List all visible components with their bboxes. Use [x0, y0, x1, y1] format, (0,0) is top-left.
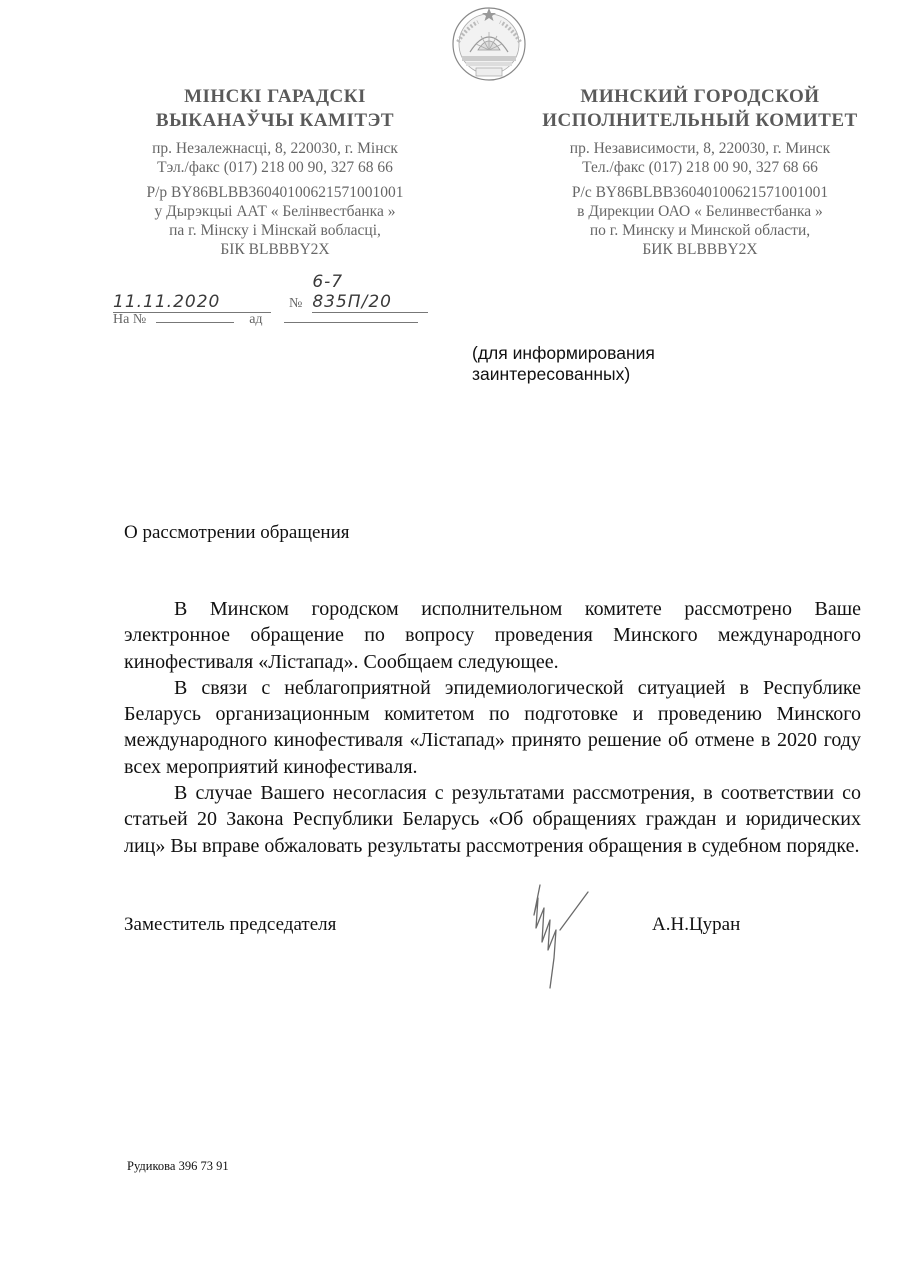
- org-phone: Тел./факс (017) 218 00 90, 327 68 66: [520, 158, 880, 177]
- body-paragraph: В случае Вашего несогласия с результатам…: [124, 780, 861, 859]
- org-phone: Тэл./факс (017) 218 00 90, 327 68 66: [100, 158, 450, 177]
- executor-contact: Рудикова 396 73 91: [127, 1159, 229, 1174]
- registration-number: 6-7 835П/20: [312, 272, 428, 313]
- org-account: Р/р BY86BLBB36040100621571001001: [100, 183, 450, 202]
- letter-body: В Минском городском исполнительном комит…: [124, 596, 861, 859]
- org-bank-line1: в Дирекции ОАО « Белинвестбанка »: [520, 202, 880, 221]
- body-paragraph: В связи с неблагоприятной эпидемиологиче…: [124, 675, 861, 780]
- reference-date: [284, 322, 418, 323]
- reference-label: На №: [113, 312, 146, 327]
- org-bank-line2: па г. Мінску і Мінскай вобласці,: [100, 221, 450, 240]
- org-bank-line2: по г. Минску и Минской области,: [520, 221, 880, 240]
- addressee-line2: заинтересованных): [472, 364, 655, 385]
- org-bank-line1: у Дырэкцыі ААТ « Белінвестбанка »: [100, 202, 450, 221]
- letterhead-belarusian: МІНСКІ ГАРАДСКІ ВЫКАНАЎЧЫ КАМІТЭТ пр. Не…: [100, 85, 450, 259]
- org-title-line2: ИСПОЛНИТЕЛЬНЫЙ КОМИТЕТ: [520, 109, 880, 133]
- letter-subject: О рассмотрении обращения: [124, 522, 350, 544]
- state-emblem-icon: [448, 2, 530, 84]
- signatory-role: Заместитель председателя: [124, 914, 336, 936]
- org-account: Р/с BY86BLBB36040100621571001001: [520, 183, 880, 202]
- org-bic: БИК BLBBBY2X: [520, 240, 880, 259]
- signatory-name: А.Н.Цуран: [652, 914, 740, 936]
- org-bic: БІК BLBBBY2X: [100, 240, 450, 259]
- reference-number: [156, 322, 234, 323]
- reference-row: На № ад: [113, 312, 418, 328]
- addressee-line1: (для информирования: [472, 343, 655, 364]
- registration-date: 11.11.2020: [113, 292, 271, 313]
- org-title-line1: МІНСКІ ГАРАДСКІ: [100, 85, 450, 109]
- org-address: пр. Незалежнасці, 8, 220030, г. Мінск: [100, 139, 450, 158]
- org-address: пр. Независимости, 8, 220030, г. Минск: [520, 139, 880, 158]
- org-title-line2: ВЫКАНАЎЧЫ КАМІТЭТ: [100, 109, 450, 133]
- body-paragraph: В Минском городском исполнительном комит…: [124, 596, 861, 675]
- addressee: (для информирования заинтересованных): [472, 343, 655, 385]
- org-title-line1: МИНСКИЙ ГОРОДСКОЙ: [520, 85, 880, 109]
- handwritten-signature-icon: [510, 880, 600, 995]
- number-label: №: [289, 296, 302, 311]
- letterhead-russian: МИНСКИЙ ГОРОДСКОЙ ИСПОЛНИТЕЛЬНЫЙ КОМИТЕТ…: [520, 85, 880, 259]
- reference-from-label: ад: [249, 312, 262, 327]
- registration-date-row: 11.11.2020 № 6-7 835П/20: [113, 272, 428, 313]
